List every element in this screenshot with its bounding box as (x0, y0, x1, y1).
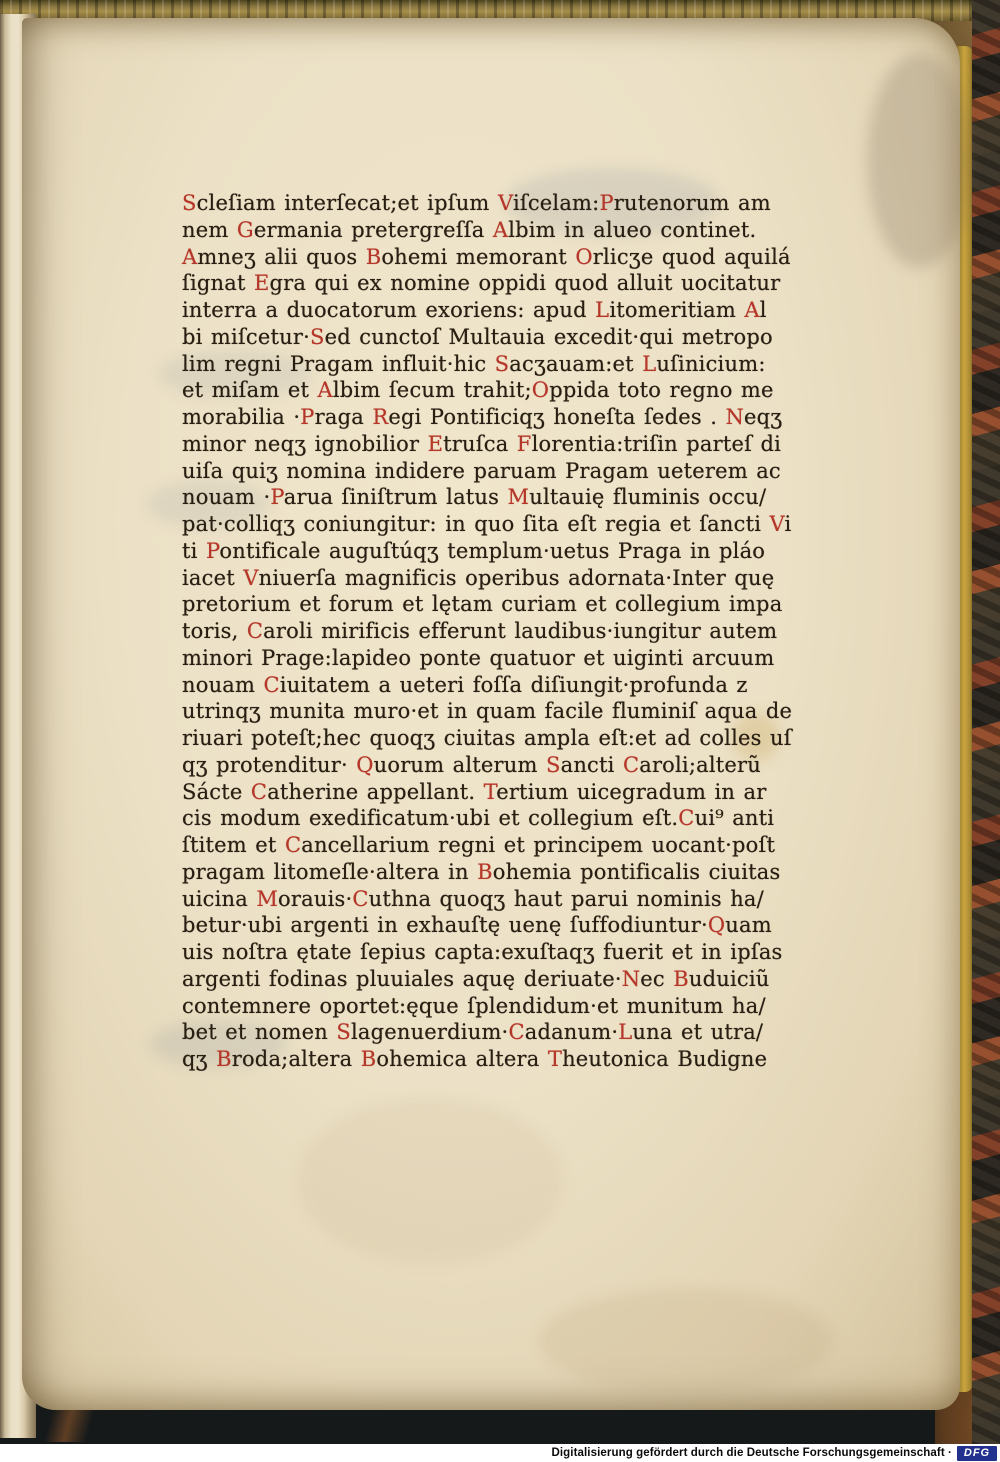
text-span: ertium uicegradum in ar (496, 780, 766, 804)
rubricated-letter: S (336, 1020, 351, 1044)
text-line: nouam Ciuitatem a ueteri foſſa diſiungit… (182, 672, 757, 699)
rubricated-letter: A (493, 218, 508, 242)
paper-stain (538, 1288, 833, 1393)
text-span: cleſiam interſecat;et ipſum (197, 191, 498, 215)
text-span: acʒauam:et (509, 352, 642, 376)
rubricated-letter: R (372, 405, 388, 429)
text-line: nouam ·Parua ſiniſtrum latus Multauię fl… (182, 484, 757, 511)
text-span: ermania pretergreſſa (254, 218, 493, 242)
text-span: iuitatem a ueteri foſſa diſiungit·profun… (280, 673, 748, 697)
rubricated-letter: C (264, 673, 280, 697)
rubricated-letter: M (256, 887, 278, 911)
text-span: pat·colliqʒ coniungitur: in quo ſita eſt… (182, 512, 770, 536)
rubricated-letter: T (484, 780, 497, 804)
text-span: una et utra/ (632, 1020, 763, 1044)
rubricated-letter: E (254, 271, 270, 295)
text-span: pretorium et forum et lętam curiam et co… (182, 592, 782, 616)
text-line: qʒ protenditur· Quorum alterum Sancti Ca… (182, 752, 757, 779)
text-span: ui⁹ anti (695, 806, 775, 830)
text-line: pat·colliqʒ coniungitur: in quo ſita eſt… (182, 511, 757, 538)
text-span: ohemi memorant (381, 245, 575, 269)
text-span: uorum alterum (374, 753, 546, 777)
text-span: itomeritiam (609, 298, 744, 322)
rubricated-letter: C (247, 619, 263, 643)
rubricated-letter: C (678, 806, 694, 830)
text-span: interra a duocatorum exoriens: apud (182, 298, 595, 322)
text-span: qʒ protenditur· (182, 753, 356, 777)
text-span: qʒ (182, 1047, 216, 1071)
rubricated-letter: B (673, 967, 689, 991)
rubricated-letter: B (361, 1047, 377, 1071)
text-line: betur·ubi argenti in exhauſtę uenę ſuffo… (182, 912, 757, 939)
text-line: uiſa quiʒ nomina indidere paruam Pragam … (182, 458, 757, 485)
text-span: ti (182, 539, 206, 563)
rubricated-letter: A (182, 245, 197, 269)
text-span: minor neqʒ ignobilior (182, 432, 428, 456)
text-span: argenti fodinas pluuiales aquę deriuate· (182, 967, 622, 991)
text-line: nem Germania pretergreſſa Albim in alueo… (182, 217, 757, 244)
text-span: ed cunctoſ Multauia excedit·qui metropo (325, 325, 773, 349)
text-line: contemnere oportet:ęque ſplendidum·et mu… (182, 993, 757, 1020)
text-span: ſignat (182, 271, 254, 295)
text-span: heutonica Budigne (562, 1047, 767, 1071)
text-span: uis noſtra ętate ſepius capta:exuſtaqʒ f… (182, 940, 783, 964)
rubricated-letter: V (498, 191, 513, 215)
rubricated-letter: B (216, 1047, 232, 1071)
text-span: eqʒ (744, 405, 782, 429)
text-span: iſcelam: (513, 191, 600, 215)
text-line: et miſam et Albim ſecum trahit;Oppida to… (182, 377, 757, 404)
text-span: ohemica altera (376, 1047, 548, 1071)
rubricated-letter: S (546, 753, 561, 777)
text-span: l (760, 298, 767, 322)
text-block: Scleſiam interſecat;et ipſum Viſcelam:Pr… (182, 190, 757, 1073)
text-span: bet et nomen (182, 1020, 336, 1044)
rubricated-letter: P (599, 191, 613, 215)
text-span: rlicʒe quod aquilá (593, 245, 791, 269)
text-span: egi Pontificiqʒ honeſta ſedes . (388, 405, 725, 429)
text-span: uam (725, 913, 772, 937)
page-curl-shadow (18, 1408, 108, 1442)
text-span: atherine appellant. (267, 780, 483, 804)
text-span: rutenorum am (614, 191, 771, 215)
text-span: mneʒ alii quos (197, 245, 365, 269)
text-span: toris, (182, 619, 247, 643)
text-span: arua ſiniſtrum latus (284, 485, 508, 509)
text-span: cis modum exedificatum·ubi et collegium … (182, 806, 678, 830)
book-page: Scleſiam interſecat;et ipſum Viſcelam:Pr… (22, 18, 960, 1410)
rubricated-letter: B (477, 860, 493, 884)
text-span: orauis· (278, 887, 352, 911)
text-span: lorentia:triſin parteſ di (532, 432, 781, 456)
rubricated-letter: S (495, 352, 510, 376)
rubricated-letter: T (548, 1047, 562, 1071)
rubricated-letter: C (508, 1020, 524, 1044)
text-line: Amneʒ alii quos Bohemi memorant Orlicʒe … (182, 244, 757, 271)
text-span: ohemia pontificalis ciuitas (493, 860, 781, 884)
rubricated-letter: M (508, 485, 530, 509)
text-span: raga (315, 405, 373, 429)
rubricated-letter: P (300, 405, 314, 429)
text-line: utrinqʒ munita muro·et in quam facile fl… (182, 698, 757, 725)
rubricated-letter: P (206, 539, 219, 563)
text-line: pretorium et forum et lętam curiam et co… (182, 591, 757, 618)
text-line: minor neqʒ ignobilior Etruſca Florentia:… (182, 431, 757, 458)
text-line: pragam litomeſle·altera in Bohemia ponti… (182, 859, 757, 886)
text-line: minori Prage:lapideo ponte quatuor et ui… (182, 645, 757, 672)
text-span: nouam · (182, 485, 270, 509)
rubricated-letter: V (243, 566, 258, 590)
rubricated-letter: C (623, 753, 639, 777)
text-span: nouam (182, 673, 264, 697)
paper-stain (867, 53, 972, 268)
rubricated-letter: V (770, 512, 785, 536)
text-span: roda;altera (232, 1047, 361, 1071)
rubricated-letter: C (251, 780, 267, 804)
rubricated-letter: N (725, 405, 744, 429)
text-span: ancti (561, 753, 623, 777)
text-line: cis modum exedificatum·ubi et collegium … (182, 805, 757, 832)
digitization-footer: Digitalisierung gefördert durch die Deut… (0, 1444, 1000, 1462)
rubricated-letter: C (352, 887, 368, 911)
rubricated-letter: B (366, 245, 382, 269)
rubricated-letter: P (270, 485, 283, 509)
text-line: iacet Vniuerſa magnificis operibus adorn… (182, 565, 757, 592)
text-span: gra qui ex nomine oppidi quod alluit uoc… (270, 271, 781, 295)
rubricated-letter: Q (708, 913, 725, 937)
text-span: truſca (443, 432, 517, 456)
text-line: qʒ Broda;altera Bohemica altera Theutoni… (182, 1046, 757, 1073)
text-span: lagenuerdium· (351, 1020, 509, 1044)
text-span: utrinqʒ munita muro·et in quam facile fl… (182, 699, 792, 723)
text-span: lim regni Pragam influit·hic (182, 352, 495, 376)
text-line: morabilia ·Praga Regi Pontificiqʒ honeſt… (182, 404, 757, 431)
text-line: Sácte Catherine appellant. Tertium uiceg… (182, 779, 757, 806)
rubricated-letter: S (310, 325, 325, 349)
text-span: Sácte (182, 780, 251, 804)
paper-stain (298, 1098, 563, 1263)
attribution-text: Digitalisierung gefördert durch die Deut… (551, 1447, 952, 1459)
rubricated-letter: L (642, 352, 656, 376)
text-line: uis noſtra ętate ſepius capta:exuſtaqʒ f… (182, 939, 757, 966)
text-span: lbim in alueo continet. (508, 218, 756, 242)
rubricated-letter: Q (356, 753, 373, 777)
dfg-logo: DFG (957, 1446, 997, 1461)
rubricated-letter: O (532, 378, 549, 402)
text-line: uicina Morauis·Cuthna quoqʒ haut parui n… (182, 886, 757, 913)
text-span: contemnere oportet:ęque ſplendidum·et mu… (182, 994, 766, 1018)
text-span: adanum· (525, 1020, 619, 1044)
text-span: nem (182, 218, 237, 242)
text-span: iacet (182, 566, 243, 590)
text-span: betur·ubi argenti in exhauſtę uenę ſuffo… (182, 913, 708, 937)
text-span: ultauię fluminis occu/ (529, 485, 766, 509)
text-span: uicina (182, 887, 256, 911)
rubricated-letter: A (744, 298, 759, 322)
text-line: bi miſcetur·Sed cunctoſ Multauia excedit… (182, 324, 757, 351)
text-line: lim regni Pragam influit·hic Sacʒauam:et… (182, 351, 757, 378)
text-line: interra a duocatorum exoriens: apud Lito… (182, 297, 757, 324)
rubricated-letter: C (285, 833, 301, 857)
text-line: Scleſiam interſecat;et ipſum Viſcelam:Pr… (182, 190, 757, 217)
text-span: ſtitem et (182, 833, 285, 857)
text-span: ancellarium regni et principem uocant·po… (301, 833, 775, 857)
text-span: i (785, 512, 792, 536)
text-line: ſignat Egra qui ex nomine oppidi quod al… (182, 270, 757, 297)
text-line: bet et nomen Slagenuerdium·Cadanum·Luna … (182, 1019, 757, 1046)
text-span: aroli;alterũ (639, 753, 761, 777)
text-span: morabilia · (182, 405, 300, 429)
text-line: ti Pontificale auguſtúqʒ templum·uetus P… (182, 538, 757, 565)
text-span: uiſa quiʒ nomina indidere paruam Pragam … (182, 459, 781, 483)
rubricated-letter: E (428, 432, 444, 456)
text-span: ontificale auguſtúqʒ templum·uetus Praga… (219, 539, 765, 563)
text-line: ſtitem et Cancellarium regni et principe… (182, 832, 757, 859)
text-span: uthna quoqʒ haut parui nominis ha/ (369, 887, 764, 911)
text-line: toris, Caroli mirificis efferunt laudibu… (182, 618, 757, 645)
rubricated-letter: F (517, 432, 532, 456)
text-span: riuari poteſt;hec quoqʒ ciuitas ampla eſ… (182, 726, 792, 750)
rubricated-letter: L (595, 298, 609, 322)
text-span: ppida toto regno me (549, 378, 773, 402)
text-span: bi miſcetur· (182, 325, 310, 349)
text-line: argenti fodinas pluuiales aquę deriuate·… (182, 966, 757, 993)
rubricated-letter: N (622, 967, 641, 991)
text-span: minori Prage:lapideo ponte quatuor et ui… (182, 646, 774, 670)
rubricated-letter: S (182, 191, 197, 215)
text-span: aroli mirificis efferunt laudibus·iungit… (263, 619, 777, 643)
text-line: riuari poteſt;hec quoqʒ ciuitas ampla eſ… (182, 725, 757, 752)
text-span: uſinicium: (656, 352, 765, 376)
text-span: lbim ſecum trahit; (333, 378, 532, 402)
marbled-endpaper-edge (972, 0, 1000, 1448)
text-span: uduiciũ (689, 967, 770, 991)
rubricated-letter: G (237, 218, 254, 242)
text-span: et miſam et (182, 378, 318, 402)
text-span: ec (640, 967, 673, 991)
rubricated-letter: O (575, 245, 592, 269)
rubricated-letter: L (618, 1020, 632, 1044)
rubricated-letter: A (318, 378, 333, 402)
text-span: pragam litomeſle·altera in (182, 860, 477, 884)
text-span: niuerſa magnificis operibus adornata·Int… (259, 566, 775, 590)
